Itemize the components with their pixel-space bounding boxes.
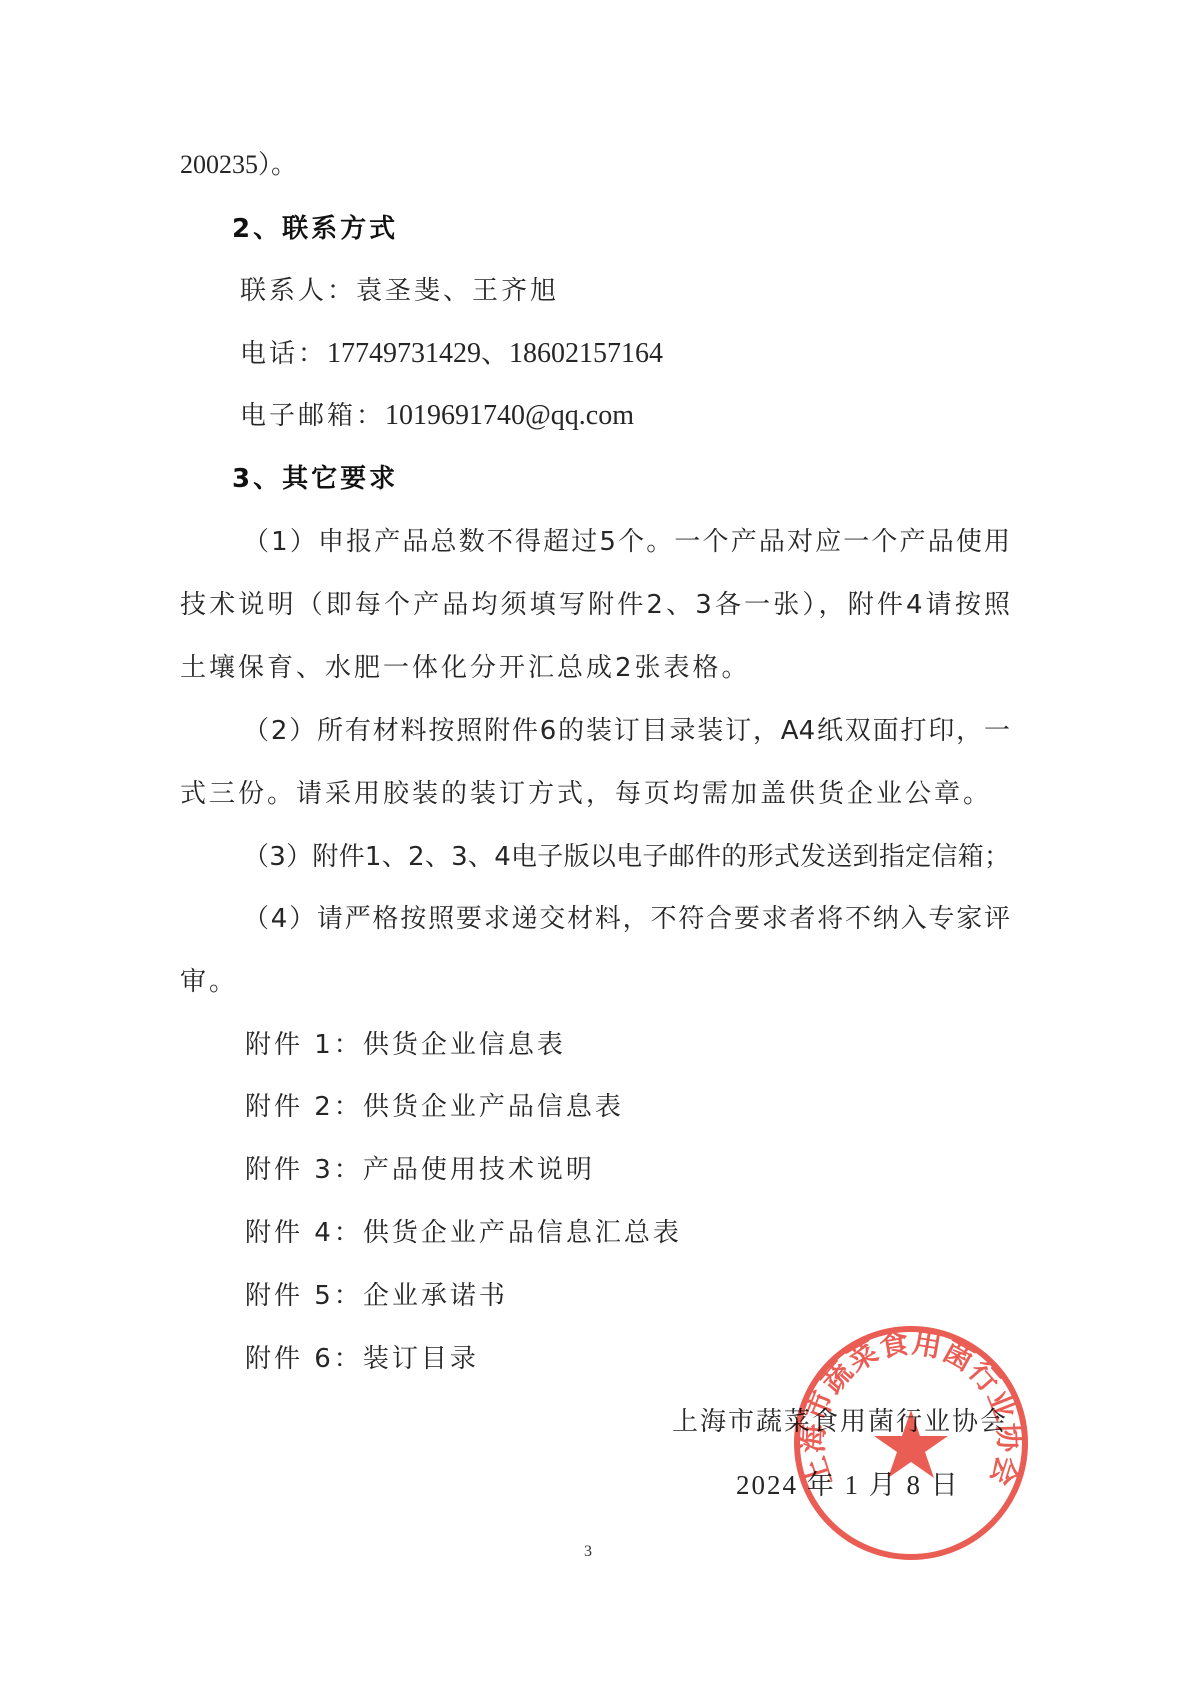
attachment-label: 附件 4：: [245, 1218, 363, 1248]
phone-row: 电话：17749731429、18602157164: [240, 337, 663, 371]
attachment-title: 产品使用技术说明: [363, 1155, 595, 1185]
postcode-text: 200235）。: [180, 150, 297, 179]
attachment-label: 附件 5：: [245, 1281, 363, 1311]
page-number: 3: [584, 1543, 592, 1561]
requirement-4-line-1: （4）请严格按照要求递交材料，不符合要求者将不纳入专家评: [243, 902, 1010, 936]
attachment-item: 附件 1：供货企业信息表: [245, 1028, 566, 1062]
contact-label: 联系人：: [240, 276, 356, 306]
section3-title: 3、其它要求: [232, 462, 398, 496]
requirement-4-line-2: 审。: [180, 965, 238, 999]
requirement-1-line-3: 土壤保育、水肥一体化分开汇总成2张表格。: [180, 651, 751, 685]
attachment-label: 附件 2：: [245, 1092, 363, 1122]
phone-value: 17749731429、18602157164: [327, 338, 663, 369]
attachment-item: 附件 6：装订目录: [245, 1342, 479, 1376]
attachment-label: 附件 6：: [245, 1344, 363, 1374]
requirement-2-line-1: （2）所有材料按照附件6的装订目录装订，A4纸双面打印，一: [243, 714, 1010, 748]
attachment-label: 附件 1：: [245, 1030, 363, 1060]
requirement-1-line-1: （1）申报产品总数不得超过5个。一个产品对应一个产品使用: [243, 525, 1010, 559]
continuation-line: 200235）。: [180, 148, 297, 182]
email-value: 1019691740@qq.com: [385, 400, 634, 431]
attachment-item: 附件 3：产品使用技术说明: [245, 1153, 595, 1187]
email-label: 电子邮箱：: [240, 401, 385, 431]
attachment-title: 供货企业信息表: [363, 1030, 566, 1060]
attachment-title: 装订目录: [363, 1344, 479, 1374]
attachment-title: 企业承诺书: [363, 1281, 508, 1311]
section2-title: 2、联系方式: [232, 212, 398, 246]
attachment-item: 附件 4：供货企业产品信息汇总表: [245, 1216, 682, 1250]
requirement-2-line-2: 式三份。请采用胶装的装订方式，每页均需加盖供货企业公章。: [180, 777, 992, 811]
attachment-item: 附件 2：供货企业产品信息表: [245, 1090, 624, 1124]
email-row: 电子邮箱：1019691740@qq.com: [240, 399, 634, 433]
contact-person-row: 联系人：袁圣斐、王齐旭: [240, 274, 559, 308]
attachment-title: 供货企业产品信息汇总表: [363, 1218, 682, 1248]
signature-date: 2024 年 1 月 8 日: [736, 1468, 960, 1502]
requirement-3-line-1: （3）附件1、2、3、4电子版以电子邮件的形式发送到指定信箱；: [243, 840, 1010, 874]
attachment-title: 供货企业产品信息表: [363, 1092, 624, 1122]
contact-value: 袁圣斐、王齐旭: [356, 276, 559, 306]
attachment-item: 附件 5：企业承诺书: [245, 1279, 508, 1313]
signature-organization: 上海市蔬菜食用菌行业协会: [672, 1405, 1008, 1439]
document-page: 200235）。 2、联系方式 联系人：袁圣斐、王齐旭 电话：177497314…: [0, 0, 1200, 1700]
official-seal-icon: 上海市蔬菜食用菌行业协会: [786, 1318, 1036, 1568]
attachment-label: 附件 3：: [245, 1155, 363, 1185]
requirement-1-line-2: 技术说明（即每个产品均须填写附件2、3各一张），附件4请按照: [180, 588, 1010, 622]
phone-label: 电话：: [240, 339, 327, 369]
